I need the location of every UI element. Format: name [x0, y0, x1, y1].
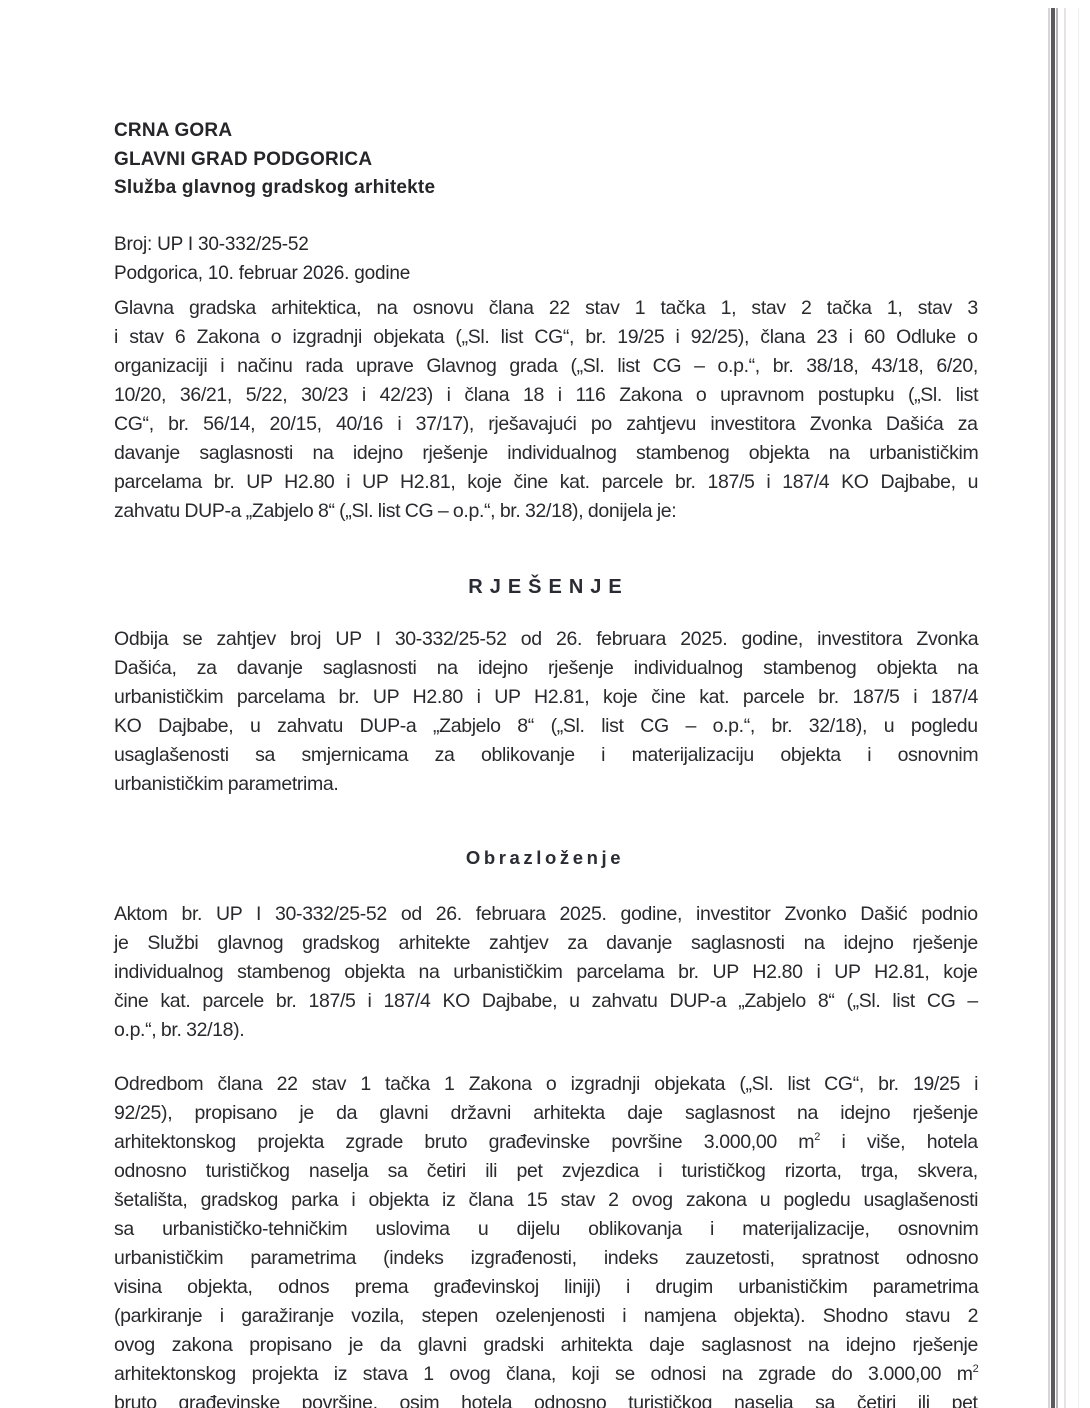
- text-line: urbanističkim parcelama br. UP H2.80 i U…: [114, 685, 978, 709]
- text-line: 92/25), propisano je da glavni državni a…: [114, 1101, 978, 1125]
- text-line: parcelama br. UP H2.80 i UP H2.81, koje …: [114, 470, 978, 494]
- text-line: o.p.“, br. 32/18).: [114, 1018, 978, 1042]
- scan-edge-artifact: [1064, 8, 1066, 1408]
- decision-title: RJEŠENJE: [0, 575, 1090, 599]
- text-line: zahvatu DUP-a „Zabjelo 8“ („Sl. list CG …: [114, 499, 978, 523]
- text-line: CG“, br. 56/14, 20/15, 40/16 i 37/17), r…: [114, 412, 978, 436]
- text-line: Odredbom člana 22 stav 1 tačka 1 Zakona …: [114, 1072, 978, 1096]
- text-line: urbanističkim parametrima.: [114, 772, 978, 796]
- text-line: Odbija se zahtjev broj UP I 30-332/25-52…: [114, 627, 978, 651]
- text-line: sa urbanističko-tehničkim uslovima u dij…: [114, 1217, 978, 1241]
- place-date: Podgorica, 10. februar 2026. godine: [114, 262, 410, 286]
- header-city: GLAVNI GRAD PODGORICA: [114, 148, 372, 172]
- text-line: KO Dajbabe, u zahvatu DUP-a „Zabjelo 8“ …: [114, 714, 978, 738]
- text-line: (parkiranje i garažiranje vozila, stepen…: [114, 1304, 978, 1328]
- text-line: odnosno turističkog naselja sa četiri il…: [114, 1159, 978, 1183]
- scan-edge-artifact: [1051, 8, 1055, 1408]
- text-line: individualnog stambenog objekta na urban…: [114, 960, 978, 984]
- text-line: visina objekta, odnos prema građevinskoj…: [114, 1275, 978, 1299]
- header-country: CRNA GORA: [114, 119, 232, 143]
- text-line: i stav 6 Zakona o izgradnji objekata („S…: [114, 325, 978, 349]
- text-line: ovog zakona propisano je da glavni grads…: [114, 1333, 978, 1357]
- header-office: Služba glavnog gradskog arhitekte: [114, 176, 435, 200]
- text-line: usaglašenosti sa smjernicama za oblikova…: [114, 743, 978, 767]
- text-line: arhitektonskog projekta iz stava 1 ovog …: [114, 1362, 978, 1386]
- text-line: 10/20, 36/21, 5/22, 30/23 i 42/23) i čla…: [114, 383, 978, 407]
- reasoning-title: Obrazloženje: [0, 846, 1090, 870]
- text-line: organizaciji i načinu rada uprave Glavno…: [114, 354, 978, 378]
- text-line: urbanističkim parametrima (indeks izgrađ…: [114, 1246, 978, 1270]
- text-line: šetališta, gradskog parka i objekta iz č…: [114, 1188, 978, 1212]
- text-line: Aktom br. UP I 30-332/25-52 od 26. febru…: [114, 902, 978, 926]
- document-page: CRNA GORA GLAVNI GRAD PODGORICA Služba g…: [0, 0, 1090, 1408]
- text-line: arhitektonskog projekta zgrade bruto gra…: [114, 1130, 978, 1154]
- text-line: čine kat. parcele br. 187/5 i 187/4 KO D…: [114, 989, 978, 1013]
- text-line: Glavna gradska arhitektica, na osnovu čl…: [114, 296, 978, 320]
- superscript: 2: [973, 1363, 979, 1375]
- scan-edge-artifact: [1078, 8, 1079, 1408]
- text-line: je Službi glavnog gradskog arhitekte zah…: [114, 931, 978, 955]
- scan-edge-artifact: [1048, 8, 1050, 1408]
- reference-number: Broj: UP I 30-332/25-52: [114, 233, 309, 257]
- text-line: davanje saglasnosti na idejno rješenje i…: [114, 441, 978, 465]
- text-line: Dašića, za davanje saglasnosti na idejno…: [114, 656, 978, 680]
- text-line: bruto građevinske površine, osim hotela …: [114, 1391, 978, 1408]
- scan-edge-artifact: [1056, 8, 1058, 1408]
